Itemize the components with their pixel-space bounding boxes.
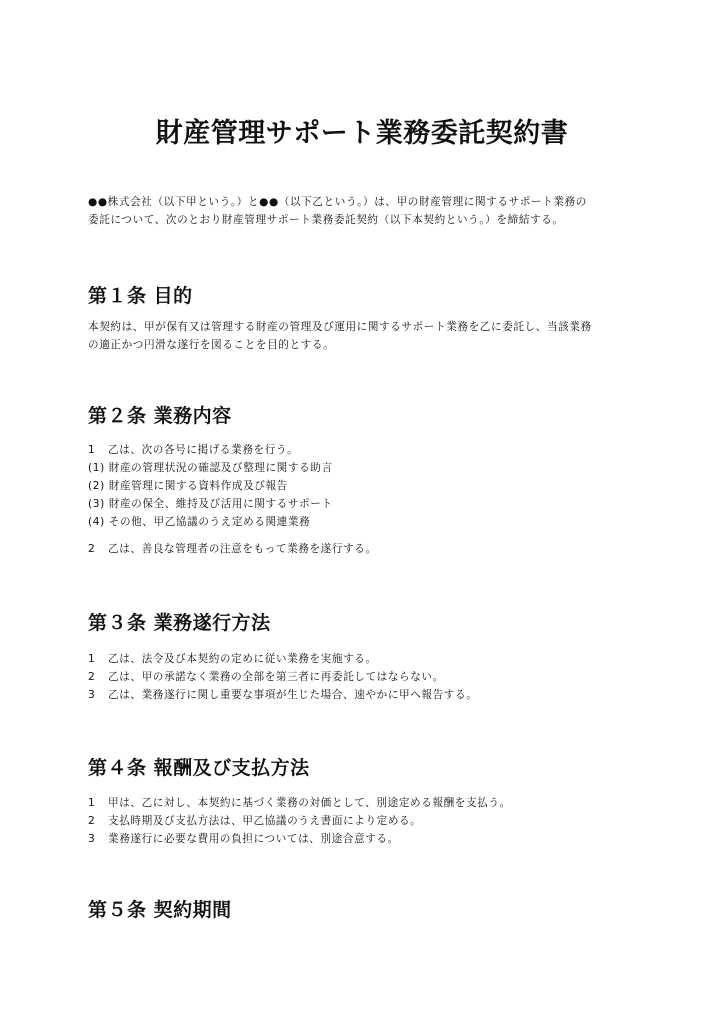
clause-number: 3 bbox=[88, 686, 108, 704]
clause: 2乙は、甲の承諾なく業務の全部を第三者に再委託してはならない。 bbox=[88, 668, 648, 686]
clause-text: 業務遂行に必要な費用の負担については、別途合意する。 bbox=[108, 833, 399, 845]
clause-text: 乙は、甲の承諾なく業務の全部を第三者に再委託してはならない。 bbox=[108, 671, 444, 683]
clause-text: 支払時期及び支払方法は、甲乙協議のうえ書面により定める。 bbox=[108, 815, 421, 827]
clause-text: 甲は、乙に対し、本契約に基づく業務の対価として、別途定める報酬を支払う。 bbox=[108, 797, 511, 809]
clause-number: 2 bbox=[88, 540, 108, 558]
clause-number: 1 bbox=[88, 794, 108, 812]
article-2-clause-2: 2乙は、善良な管理者の注意をもって業務を遂行する。 bbox=[88, 540, 648, 558]
clause-text: 乙は、業務遂行に関し重要な事項が生じた場合、速やかに甲へ報告する。 bbox=[108, 689, 477, 701]
clause-text: 乙は、法令及び本契約の定めに従い業務を実施する。 bbox=[108, 653, 377, 665]
clause: 1甲は、乙に対し、本契約に基づく業務の対価として、別途定める報酬を支払う。 bbox=[88, 794, 648, 812]
article-4-heading: 第４条 報酬及び支払方法 bbox=[88, 755, 310, 781]
clause-number: 2 bbox=[88, 668, 108, 686]
clause: 3乙は、業務遂行に関し重要な事項が生じた場合、速やかに甲へ報告する。 bbox=[88, 686, 648, 704]
article-3-heading: 第３条 業務遂行方法 bbox=[88, 610, 271, 636]
list-item: (4) その他、甲乙協議のうえ定める関連業務 bbox=[88, 513, 648, 531]
article-3-body: 1乙は、法令及び本契約の定めに従い業務を実施する。 2乙は、甲の承諾なく業務の全… bbox=[88, 650, 648, 704]
article-2-body: 1乙は、次の各号に掲げる業務を行う。 (1) 財産の管理状況の確認及び整理に関す… bbox=[88, 441, 648, 531]
list-item: (1) 財産の管理状況の確認及び整理に関する助言 bbox=[88, 459, 648, 477]
preamble: ●●株式会社（以下甲という。）と●●（以下乙という。）は、甲の財産管理に関するサ… bbox=[88, 193, 648, 229]
clause-text: 乙は、次の各号に掲げる業務を行う。 bbox=[108, 444, 298, 456]
document-page: 財産管理サポート業務委託契約書 ●●株式会社（以下甲という。）と●●（以下乙とい… bbox=[0, 0, 724, 1024]
article-1-line: の適正かつ円滑な遂行を図ることを目的とする。 bbox=[88, 336, 648, 354]
list-item: (2) 財産管理に関する資料作成及び報告 bbox=[88, 477, 648, 495]
preamble-line: ●●株式会社（以下甲という。）と●●（以下乙という。）は、甲の財産管理に関するサ… bbox=[88, 193, 648, 211]
list-item: (3) 財産の保全、維持及び活用に関するサポート bbox=[88, 495, 648, 513]
clause: 1乙は、法令及び本契約の定めに従い業務を実施する。 bbox=[88, 650, 648, 668]
clause-text: 乙は、善良な管理者の注意をもって業務を遂行する。 bbox=[108, 543, 377, 555]
article-5-heading: 第５条 契約期間 bbox=[88, 897, 232, 923]
article-1-body: 本契約は、甲が保有又は管理する財産の管理及び運用に関するサポート業務を乙に委託し… bbox=[88, 318, 648, 354]
article-1-heading: 第１条 目的 bbox=[88, 283, 193, 309]
clause-number: 3 bbox=[88, 830, 108, 848]
document-title: 財産管理サポート業務委託契約書 bbox=[0, 116, 724, 152]
clause: 2支払時期及び支払方法は、甲乙協議のうえ書面により定める。 bbox=[88, 812, 648, 830]
article-4-body: 1甲は、乙に対し、本契約に基づく業務の対価として、別途定める報酬を支払う。 2支… bbox=[88, 794, 648, 848]
article-1-line: 本契約は、甲が保有又は管理する財産の管理及び運用に関するサポート業務を乙に委託し… bbox=[88, 318, 648, 336]
clause-number: 2 bbox=[88, 812, 108, 830]
clause: 1乙は、次の各号に掲げる業務を行う。 bbox=[88, 441, 648, 459]
clause-number: 1 bbox=[88, 441, 108, 459]
clause: 3業務遂行に必要な費用の負担については、別途合意する。 bbox=[88, 830, 648, 848]
clause: 2乙は、善良な管理者の注意をもって業務を遂行する。 bbox=[88, 540, 648, 558]
clause-number: 1 bbox=[88, 650, 108, 668]
article-2-heading: 第２条 業務内容 bbox=[88, 403, 232, 429]
preamble-line: 委託について、次のとおり財産管理サポート業務委託契約（以下本契約という。）を締結… bbox=[88, 211, 648, 229]
